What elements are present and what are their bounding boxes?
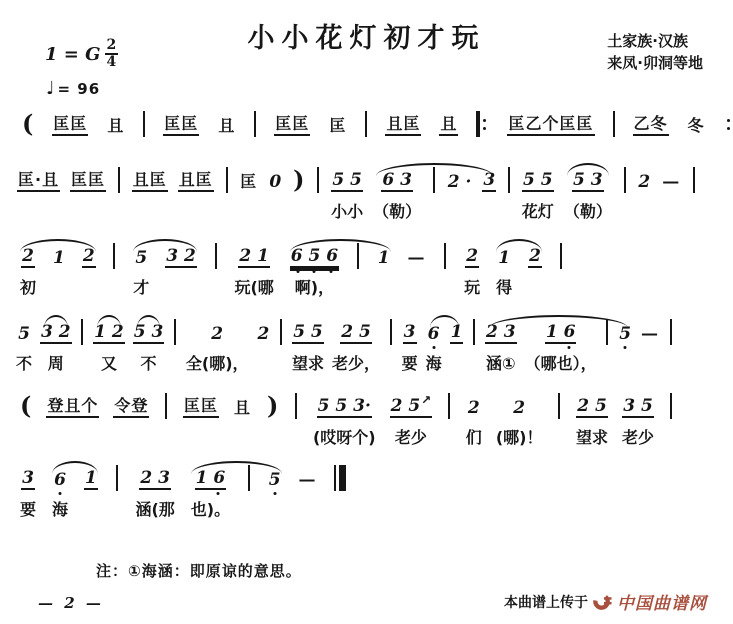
slur-group: 5才3 2 [125, 236, 205, 298]
lyric-text [278, 350, 284, 374]
site-name: 中国曲谱网 [617, 589, 707, 614]
lyric-text: 涵(那 [135, 496, 174, 520]
barline [116, 160, 122, 222]
lyric-text [532, 274, 538, 298]
lyric-text: 全(哪)， [186, 350, 249, 374]
percussion-cell: 匡匡 [163, 104, 199, 142]
note-cell: — [661, 160, 681, 222]
note-text: 5 5 [522, 170, 554, 192]
note-text: 匡匡 [274, 111, 310, 136]
slur-group: 1得2 [488, 236, 550, 298]
lyric-text: 老少， [332, 350, 380, 374]
lyric-text: 望求 [576, 424, 608, 448]
lyric-text [116, 198, 122, 222]
octave-dot [432, 346, 435, 349]
lyric-text: 花灯 [522, 198, 554, 222]
lyric-text [337, 496, 343, 520]
lyric-text: 玩(哪 [234, 274, 273, 298]
lyric-text: 才 [133, 274, 149, 298]
barline [114, 458, 120, 520]
percussion-cell: 匡匡 [183, 386, 219, 448]
note-text: 3 [21, 468, 35, 490]
note-cell: 2 [257, 312, 271, 374]
repeat-end-barline [724, 104, 733, 142]
lyric-text [622, 350, 628, 374]
slur-group: 1 2又 [89, 312, 129, 374]
note-cell: 2 5望求 [576, 386, 608, 448]
lyric-text [388, 350, 394, 374]
lyric-text: 老少 [395, 424, 427, 448]
score-line: ( 登且个 令登 匡匡 且 ) 5 5 3·(哎呀个)2 5↗老少 2们2(哪)… [12, 386, 731, 448]
lyric-text [272, 198, 278, 222]
note-text: 且匡 [178, 167, 214, 192]
note-cell: 3要 [402, 312, 418, 374]
lyric-text [80, 350, 86, 374]
site-logo-icon [593, 592, 612, 611]
lyric-text [443, 274, 449, 298]
barline [278, 312, 284, 374]
note-cell: 5 5望求 [292, 312, 324, 374]
note-text: 冬 [687, 113, 706, 136]
lyric-text: 初 [20, 274, 36, 298]
note-cell: 0 [268, 160, 282, 222]
octave-dot [567, 346, 570, 349]
lyric-text [246, 198, 252, 222]
percussion-cell: 登且个 [46, 386, 99, 448]
note-text: 匡匡 [70, 167, 106, 192]
lyric-text [270, 424, 276, 448]
percussion-cell: 乙冬 [633, 104, 669, 142]
region-origin: 土家族·汉族 来凤·卯洞等地 [607, 30, 703, 74]
key-text: 1 = G [45, 44, 101, 65]
percussion-cell: 冬 [687, 104, 706, 142]
lyric-text [668, 424, 674, 448]
lyric-text [23, 424, 29, 448]
percussion-cell: 匡 [328, 104, 347, 142]
note-text: 匡匡 [52, 111, 88, 136]
note-text: ) [266, 394, 279, 418]
lyric-text: （勒） [373, 198, 421, 222]
lyric-text [457, 198, 463, 222]
barline [293, 386, 299, 448]
octave-dot [217, 492, 220, 495]
lyric-text [381, 274, 387, 298]
note-text: 5 5 [292, 322, 324, 344]
percussion-cell: 匡匡 [274, 104, 310, 142]
upload-text: 本曲谱上传于 [504, 592, 588, 612]
slur-group: 3 2周 [36, 312, 76, 374]
note-text: 5 5 [331, 170, 363, 192]
note-cell: 2全(哪)， [186, 312, 249, 374]
lyric-text: 得 [496, 274, 512, 298]
slur-group: 6 3（勒） 2 · 3 [368, 160, 501, 222]
percussion-cell: 令登 [113, 386, 149, 448]
lyric-text [293, 424, 299, 448]
lyric-text [193, 198, 199, 222]
time-signature: 2 4 [105, 38, 119, 70]
note-cell: ( [19, 386, 32, 448]
slur-group: 5 3不 [129, 312, 169, 374]
lyric-text: （哪也）， [525, 350, 597, 374]
lyric-text [642, 198, 648, 222]
octave-dot [624, 346, 627, 349]
note-cell: ) [266, 386, 279, 448]
barline [172, 312, 178, 374]
note-text: 乙冬 [633, 111, 669, 136]
note-text: 2 3 [139, 468, 171, 490]
note-text: 匡 [239, 169, 258, 192]
lyric-text: 要 [20, 496, 36, 520]
note-text: 匡·且 [17, 167, 60, 192]
percussion-cell: 且匡 [178, 160, 214, 222]
slur-group: 6海1 [422, 312, 468, 374]
note-text: ( [21, 112, 34, 136]
percussion-cell: 且 [233, 386, 252, 448]
note-cell: 2玩 [464, 236, 480, 298]
note-cell: — [298, 458, 318, 520]
slur-group: 2初1 2 [12, 236, 104, 298]
note-text: 2 [467, 398, 481, 418]
percussion-cell: 且匡 [132, 160, 168, 222]
lyric-text [178, 274, 184, 298]
barline [558, 236, 564, 298]
note-text: 5 [17, 324, 31, 344]
note-text: 3 5 [622, 396, 654, 418]
barline [506, 160, 512, 222]
lyric-text: 海 [426, 350, 442, 374]
watermark: 本曲谱上传于 中国曲谱网 [504, 589, 707, 614]
tempo-value: = 96 [58, 80, 101, 98]
lyric-text: 小小 [331, 198, 363, 222]
note-text: 且 [106, 113, 125, 136]
lyric-text: 海 [52, 496, 68, 520]
time-signature-numerator: 2 [107, 38, 117, 53]
tempo-marking: ♩= 96 [46, 78, 100, 99]
lyric-text [114, 496, 120, 520]
key-signature: 1 = G 2 4 [45, 38, 118, 70]
slur-group: 2 3涵①1 6（哪也）， 5 [481, 312, 636, 374]
note-cell: 5 5 3·(哎呀个) [313, 386, 376, 448]
lyric-text [85, 198, 91, 222]
barline [254, 104, 256, 142]
percussion-cell: 匡·且 [17, 160, 60, 222]
barline [80, 312, 86, 374]
lyric-text [556, 424, 562, 448]
portamento-up-icon: ↗ [421, 393, 431, 407]
note-text: — [407, 248, 427, 268]
percussion-cell: 且匡 [385, 104, 421, 142]
note-text: 0 [268, 172, 282, 192]
barline [691, 160, 697, 222]
lyric-text [487, 198, 493, 222]
barline [365, 104, 367, 142]
note-text: 且匡 [385, 111, 421, 136]
barline [622, 160, 628, 222]
note-text: 2 5↗ [390, 393, 433, 418]
note-text: 令登 [113, 393, 149, 418]
barline [613, 104, 615, 142]
score-line: 5不3 2周 1 2又5 3不 2全(哪)，2 5 5望求2 5老少， 3要6海… [12, 312, 731, 374]
lyric-text: 老少 [622, 424, 654, 448]
lyric-text: 啊)， [295, 274, 334, 298]
lyric-text [296, 198, 302, 222]
lyric-text [506, 198, 512, 222]
lyric-text [163, 424, 169, 448]
percussion-cell: 且 [439, 104, 458, 142]
lyric-text: 涵① [486, 350, 516, 374]
lyric-text: 望求 [292, 350, 324, 374]
lyric-text: (哪)！ [496, 424, 543, 448]
score-line: (匡匡且匡匡且匡匡匡且匡且匡乙个匡匡乙冬冬 [12, 104, 731, 142]
lyric-text [86, 274, 92, 298]
lyric-text [305, 496, 311, 520]
barline [163, 386, 169, 448]
barline [143, 104, 145, 142]
lyric-text: 也)。 [191, 496, 230, 520]
note-text: 2 [257, 324, 271, 344]
note-cell: ( [21, 104, 34, 142]
barline [224, 160, 230, 222]
note-text: 2 [465, 246, 479, 268]
octave-dot [329, 270, 332, 273]
lyric-text [605, 350, 611, 374]
lyric-text [414, 274, 420, 298]
octave-dot [313, 270, 316, 273]
note-text: 2 [637, 172, 651, 192]
lyric-text: 又 [101, 350, 117, 374]
slur-group: 6 5 6啊)， 1 [282, 236, 399, 298]
note-text: 2 [512, 398, 526, 418]
lyric-text [691, 198, 697, 222]
note-cell: 2 [637, 160, 651, 222]
barline [471, 312, 477, 374]
note-cell: 2 1玩(哪 [234, 236, 273, 298]
note-text: 匡 [328, 113, 347, 136]
note-text: 2 [210, 324, 224, 344]
lyric-text [56, 274, 62, 298]
barline [556, 386, 562, 448]
lyric-text [213, 274, 219, 298]
lyric-text [224, 198, 230, 222]
lyric-text [316, 198, 322, 222]
note-cell: — [640, 312, 660, 374]
note-text: 匡匡 [163, 111, 199, 136]
note-text: 匡匡 [183, 393, 219, 418]
lyric-text [261, 350, 267, 374]
lyric-text [272, 496, 278, 520]
octave-dot [59, 492, 62, 495]
lyric-text: 玩 [464, 274, 480, 298]
repeat-begin-barline [476, 104, 489, 142]
lyric-text [454, 350, 460, 374]
lyric-text [668, 198, 674, 222]
note-text: 3 [403, 322, 417, 344]
page-number: — 2 — [38, 594, 104, 612]
lyric-text [240, 424, 246, 448]
slur-group: 5 3（勒） [559, 160, 617, 222]
barline [316, 160, 322, 222]
note-cell: 2 3涵(那 [135, 458, 174, 520]
note-text: 匡乙个匡匡 [507, 111, 594, 136]
barline [443, 236, 449, 298]
lyric-text [558, 274, 564, 298]
percussion-cell: 匡乙个匡匡 [507, 104, 594, 142]
repeat-dots [727, 111, 730, 137]
note-cell: 3要 [20, 458, 36, 520]
lyric-text: 不 [141, 350, 157, 374]
lyric-text: （勒） [564, 198, 612, 222]
note-text: 2 1 [238, 246, 270, 268]
lyric-text: 不 [16, 350, 32, 374]
lyric-text [70, 424, 76, 448]
note-cell: 2们 [466, 386, 482, 448]
lyric-text [129, 424, 135, 448]
lyric-text: 们 [466, 424, 482, 448]
origin-places: 来凤·卯洞等地 [607, 52, 703, 74]
slur-group: 6海1 [44, 458, 106, 520]
quarter-note-icon: ♩ [46, 78, 56, 99]
barline [668, 312, 674, 374]
percussion-cell: 且 [217, 104, 236, 142]
percussion-cell: 匡 [239, 160, 258, 222]
lyric-text [147, 198, 153, 222]
barline [668, 386, 674, 448]
lyric-text [355, 274, 361, 298]
note-cell: 5 5小小 [331, 160, 363, 222]
note-text: 2 5 [576, 396, 608, 418]
lyric-text [446, 424, 452, 448]
note-text: 5 5 3· [317, 396, 372, 418]
note-text: 2 5 [340, 322, 372, 344]
lyric-text [36, 198, 42, 222]
lyric-text: 要 [402, 350, 418, 374]
octave-dot [273, 492, 276, 495]
note-cell: 5 5花灯 [522, 160, 554, 222]
footnote: 注：①海涵：即原谅的意思。 [96, 560, 302, 581]
barline [213, 236, 219, 298]
lyric-text [246, 496, 252, 520]
lyric-text: 周 [48, 350, 64, 374]
note-text: — [661, 172, 681, 192]
note-text: 登且个 [46, 393, 99, 418]
lyric-text [88, 496, 94, 520]
lyric-text [112, 274, 118, 298]
lyric-text [622, 198, 628, 222]
note-text: ) [292, 168, 305, 192]
lyric-text [668, 350, 674, 374]
lyric-text [471, 350, 477, 374]
percussion-cell: 且 [106, 104, 125, 142]
note-text: ( [19, 394, 32, 418]
origin-ethnic-groups: 土家族·汉族 [607, 30, 703, 52]
note-cell: 2 5↗老少 [390, 386, 433, 448]
note-text: 且 [439, 111, 458, 136]
note-cell: 5不 [16, 312, 32, 374]
barline [446, 386, 452, 448]
note-text: 且匡 [132, 167, 168, 192]
score-line: 3要6海1 2 3涵(那1 6也)。 5 — [12, 458, 731, 520]
percussion-cell: 匡匡 [70, 160, 106, 222]
note-text: — [640, 324, 660, 344]
final-barline [334, 458, 346, 520]
lyric-text [172, 350, 178, 374]
lyric-text [647, 350, 653, 374]
note-cell: 2(哪)！ [496, 386, 543, 448]
lyric-text: (哎呀个) [313, 424, 376, 448]
percussion-cell: 匡匡 [52, 104, 88, 142]
note-text: — [298, 470, 318, 490]
score: (匡匡且匡匡且匡匡匡且匡且匡乙个匡匡乙冬冬匡·且 匡匡 且匡 且匡 匡 0 ) … [12, 104, 731, 520]
lyric-text [198, 424, 204, 448]
score-line: 匡·且 匡匡 且匡 且匡 匡 0 ) 5 5小小6 3（勒） 2 · 3 5 5… [12, 160, 731, 222]
lyric-text [431, 198, 437, 222]
note-cell: 3 5老少 [622, 386, 654, 448]
slur-group: 1 6也)。 5 [183, 458, 290, 520]
sheet-music-page: 小小花灯初才玩 1 = G 2 4 ♩= 96 土家族·汉族 来凤·卯洞等地 (… [0, 0, 733, 624]
barline [388, 312, 394, 374]
repeat-dots [483, 111, 486, 137]
note-cell: ) [292, 160, 305, 222]
note-cell: 2 5老少， [332, 312, 380, 374]
note-cell: — [407, 236, 427, 298]
note-text: 且 [233, 395, 252, 418]
note-text: 且 [217, 113, 236, 136]
score-line: 2初1 2 5才3 2 2 1玩(哪6 5 6啊)， 1 — 2玩1得2 [12, 236, 731, 298]
octave-dot [297, 270, 300, 273]
barline [112, 236, 118, 298]
time-signature-denominator: 4 [105, 53, 119, 70]
